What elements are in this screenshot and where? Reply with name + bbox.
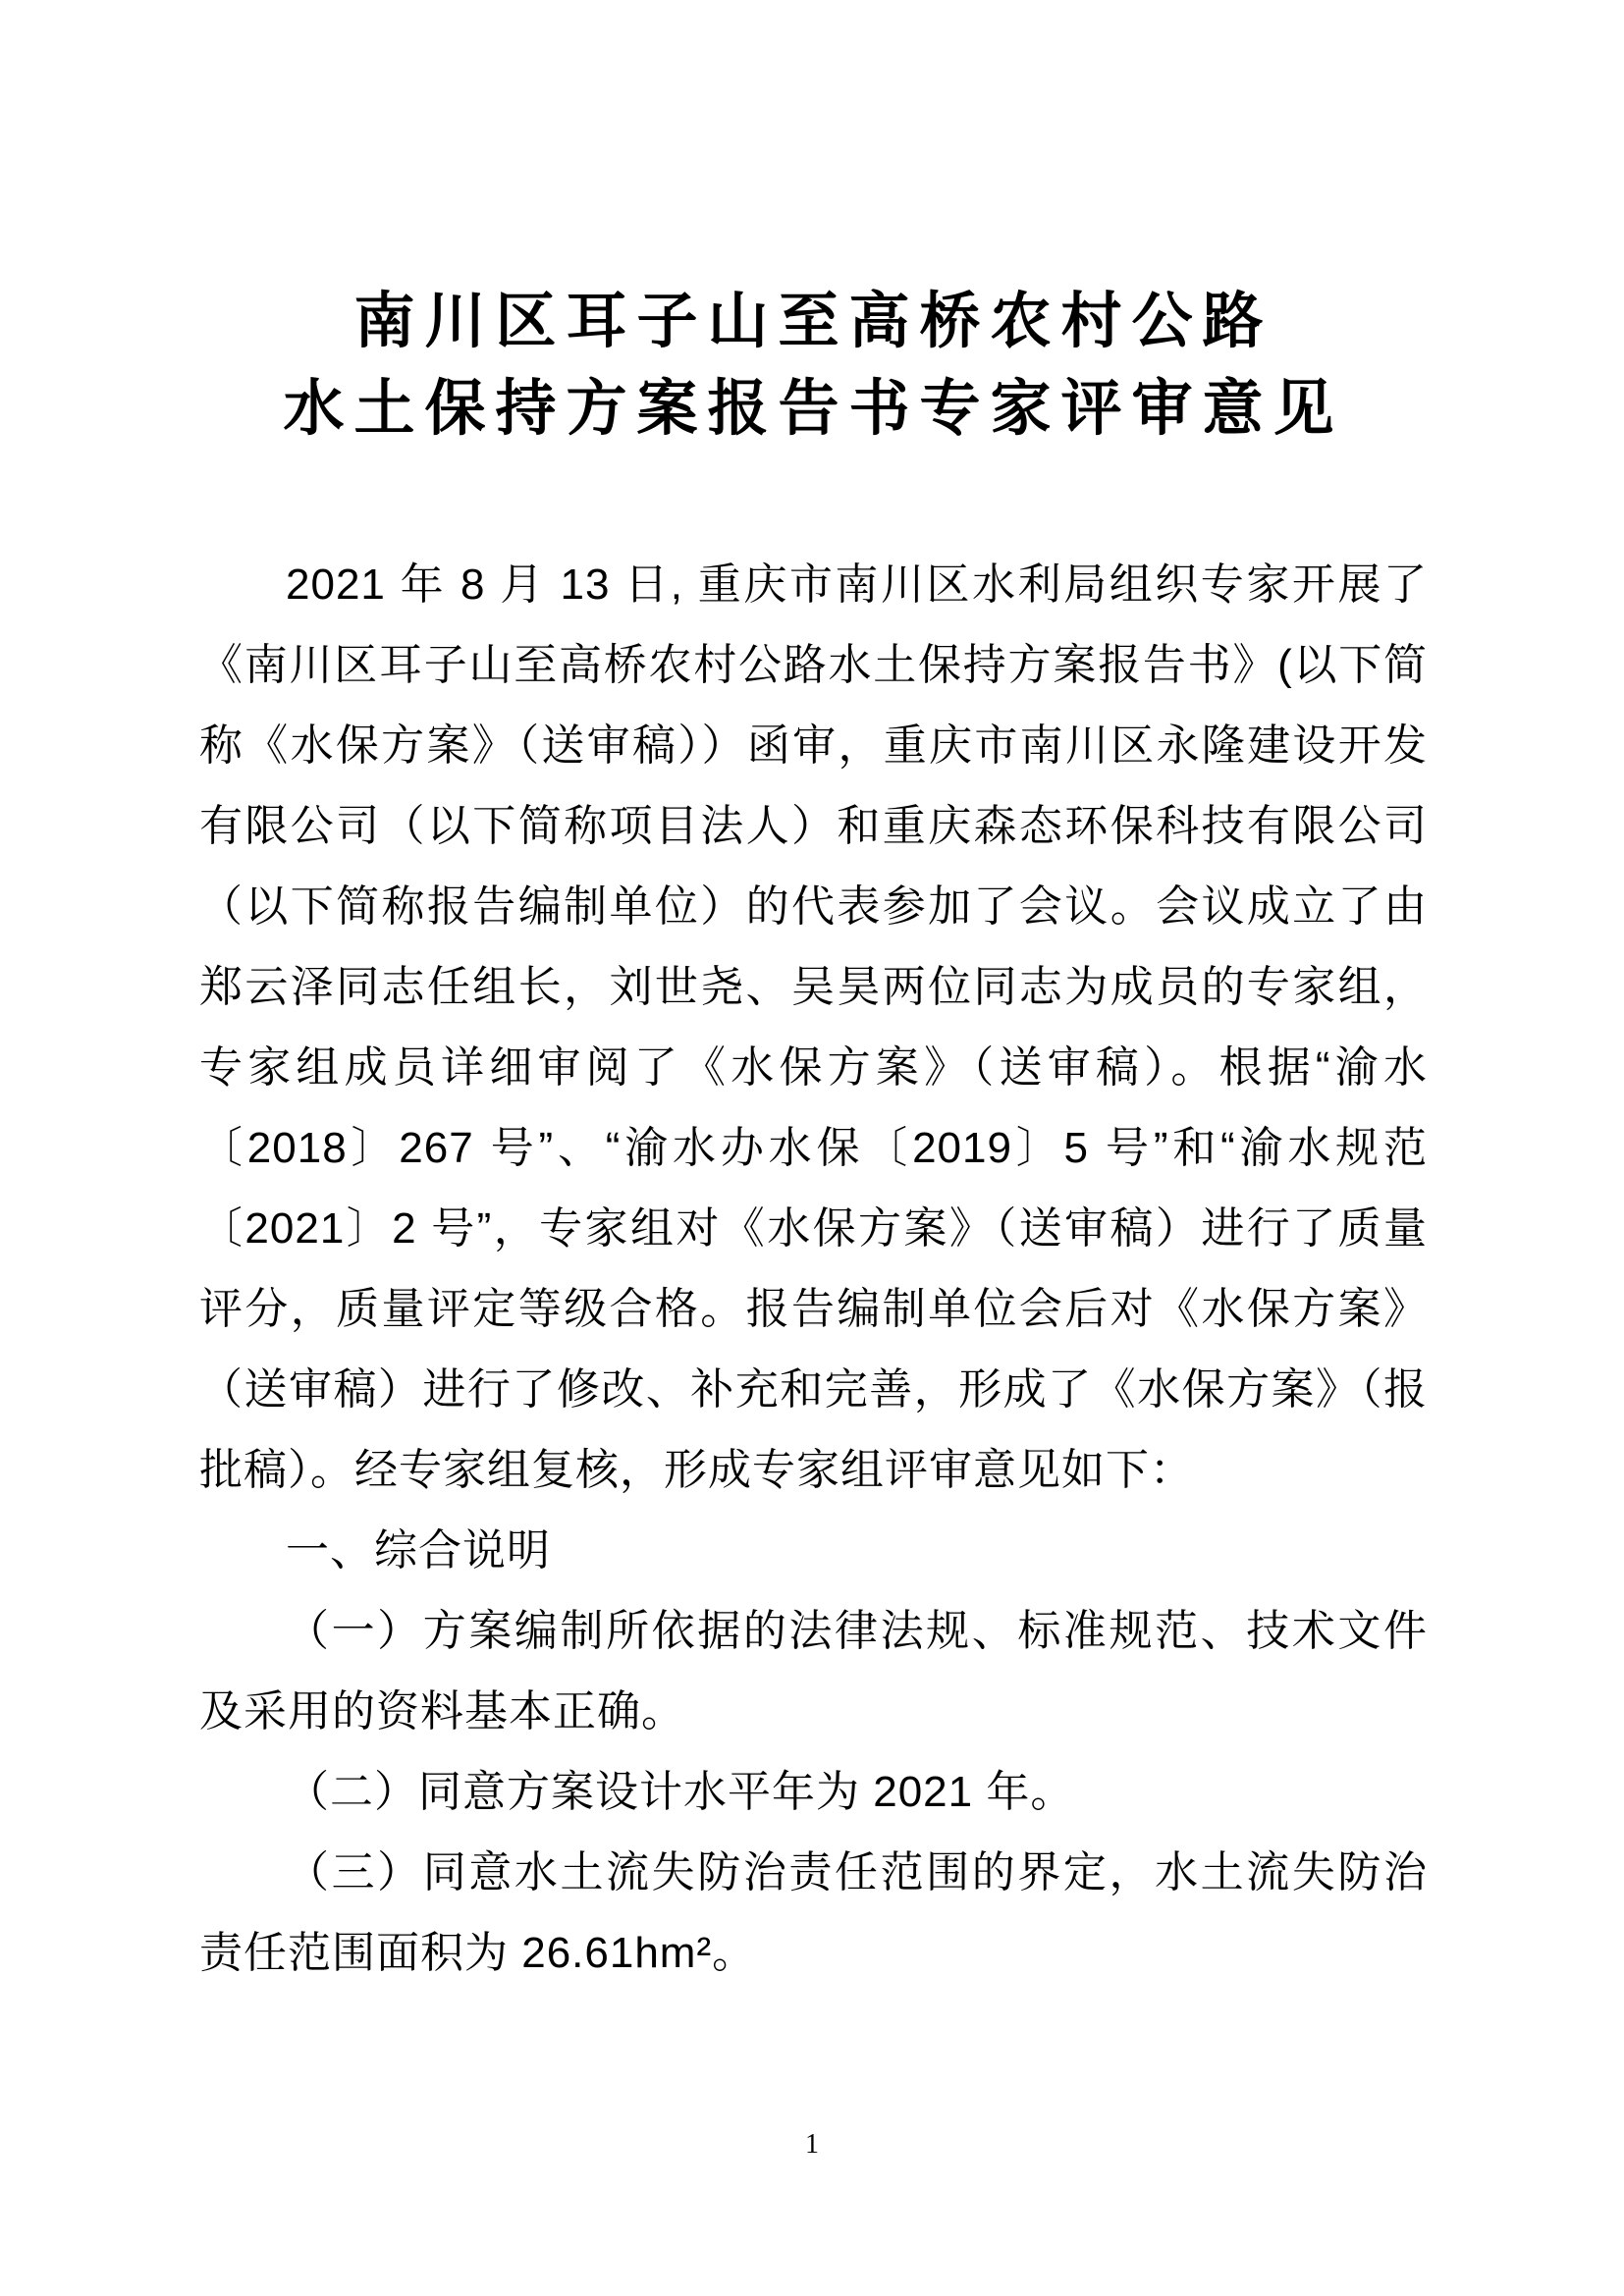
- paragraph-intro: 2021 年 8 月 13 日, 重庆市南川区水利局组织专家开展了《南川区耳子山…: [199, 545, 1428, 1511]
- title-line-2: 水土保持方案报告书专家评审意见: [199, 365, 1428, 453]
- document-title: 南川区耳子山至高桥农村公路 水土保持方案报告书专家评审意见: [199, 278, 1428, 453]
- section-heading-general-description: 一、综合说明: [199, 1511, 1428, 1591]
- review-item-3: （三）同意水土流失防治责任范围的界定，水土流失防治责任范围面积为 26.61hm…: [199, 1833, 1428, 1994]
- page-number: 1: [0, 2131, 1624, 2159]
- document-page: 南川区耳子山至高桥农村公路 水土保持方案报告书专家评审意见 2021 年 8 月…: [0, 0, 1624, 2296]
- review-item-2: （二）同意方案设计水平年为 2021 年。: [199, 1752, 1428, 1833]
- title-line-1: 南川区耳子山至高桥农村公路: [199, 278, 1428, 365]
- review-item-1: （一）方案编制所依据的法律法规、标准规范、技术文件及采用的资料基本正确。: [199, 1591, 1428, 1752]
- document-body: 2021 年 8 月 13 日, 重庆市南川区水利局组织专家开展了《南川区耳子山…: [199, 545, 1428, 1994]
